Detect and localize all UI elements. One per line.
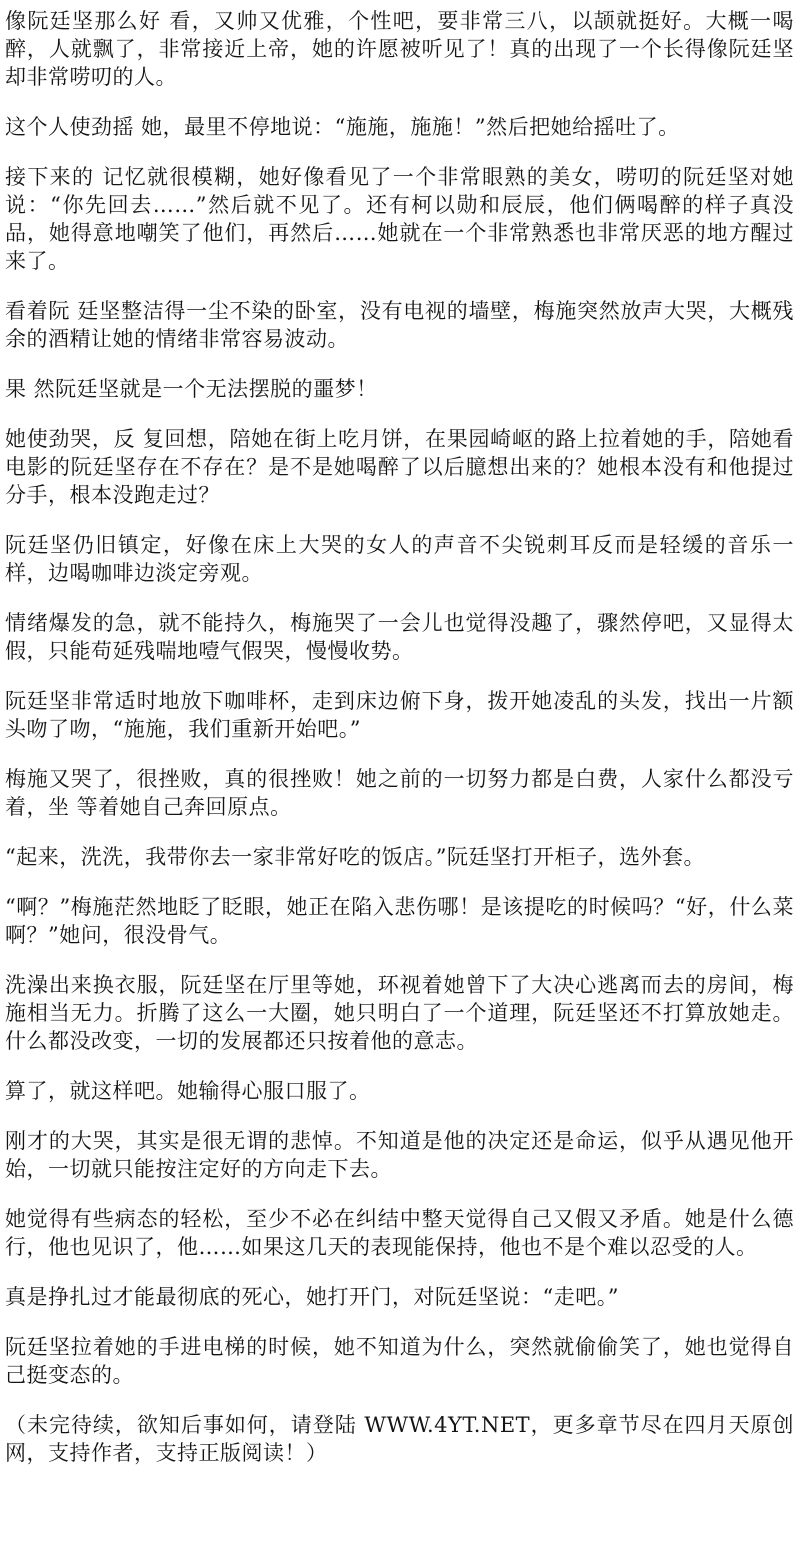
- paragraph: 算了，就这样吧。她输得心服口服了。: [5, 1077, 794, 1105]
- paragraph: 刚才的大哭，其实是很无谓的悲悼。不知道是他的决定还是命运，似乎从遇见他开始，一切…: [5, 1127, 794, 1183]
- paragraph: 看着阮 廷坚整洁得一尘不染的卧室，没有电视的墙壁，梅施突然放声大哭，大概残余的酒…: [5, 297, 794, 353]
- paragraph: 果 然阮廷坚就是一个无法摆脱的噩梦！: [5, 375, 794, 403]
- paragraph: 她觉得有些病态的轻松，至少不必在纠结中整天觉得自己又假又矛盾。她是什么德行，他也…: [5, 1205, 794, 1261]
- paragraph: 她使劲哭，反 复回想，陪她在街上吃月饼，在果园崎岖的路上拉着她的手，陪她看电影的…: [5, 425, 794, 509]
- paragraph: 像阮廷坚那么好 看，又帅又优雅，个性吧，要非常三八，以颉就挺好。大概一喝醉，人就…: [5, 7, 794, 91]
- paragraph: 阮廷坚非常适时地放下咖啡杯，走到床边俯下身，拨开她凌乱的头发，找出一片额头吻了吻…: [5, 687, 794, 743]
- paragraph: 梅施又哭了，很挫败，真的很挫败！她之前的一切努力都是白费，人家什么都没亏着，坐 …: [5, 765, 794, 821]
- paragraph: 阮廷坚拉着她的手进电梯的时候，她不知道为什么，突然就偷偷笑了，她也觉得自己挺变态…: [5, 1333, 794, 1389]
- paragraph: 情绪爆发的急，就不能持久，梅施哭了一会儿也觉得没趣了，骤然停吧，又显得太假，只能…: [5, 609, 794, 665]
- novel-page: 像阮廷坚那么好 看，又帅又优雅，个性吧，要非常三八，以颉就挺好。大概一喝醉，人就…: [0, 0, 800, 1558]
- paragraph: 这个人使劲摇 她，最里不停地说：“施施，施施！”然后把她给摇吐了。: [5, 113, 794, 141]
- paragraph: 接下来的 记忆就很模糊，她好像看见了一个非常眼熟的美女，唠叨的阮廷坚对她说：“你…: [5, 163, 794, 275]
- paragraph: 洗澡出来换衣服，阮廷坚在厅里等她，环视着她曾下了大决心逃离而去的房间，梅施相当无…: [5, 971, 794, 1055]
- paragraph: 阮廷坚仍旧镇定，好像在床上大哭的女人的声音不尖锐刺耳反而是轻缓的音乐一样，边喝咖…: [5, 531, 794, 587]
- chapter-body: 像阮廷坚那么好 看，又帅又优雅，个性吧，要非常三八，以颉就挺好。大概一喝醉，人就…: [5, 7, 794, 1467]
- paragraph: 真是挣扎过才能最彻底的死心，她打开门，对阮廷坚说：“走吧。”: [5, 1283, 794, 1311]
- paragraph: “起来，洗洗，我带你去一家非常好吃的饭店。”阮廷坚打开柜子，选外套。: [5, 843, 794, 871]
- paragraph-footer-note: （未完待续，欲知后事如何，请登陆 WWW.4YT.NET，更多章节尽在四月天原创…: [5, 1411, 794, 1467]
- paragraph: “啊？”梅施茫然地眨了眨眼，她正在陷入悲伤哪！是该提吃的时候吗？“好，什么菜啊？…: [5, 893, 794, 949]
